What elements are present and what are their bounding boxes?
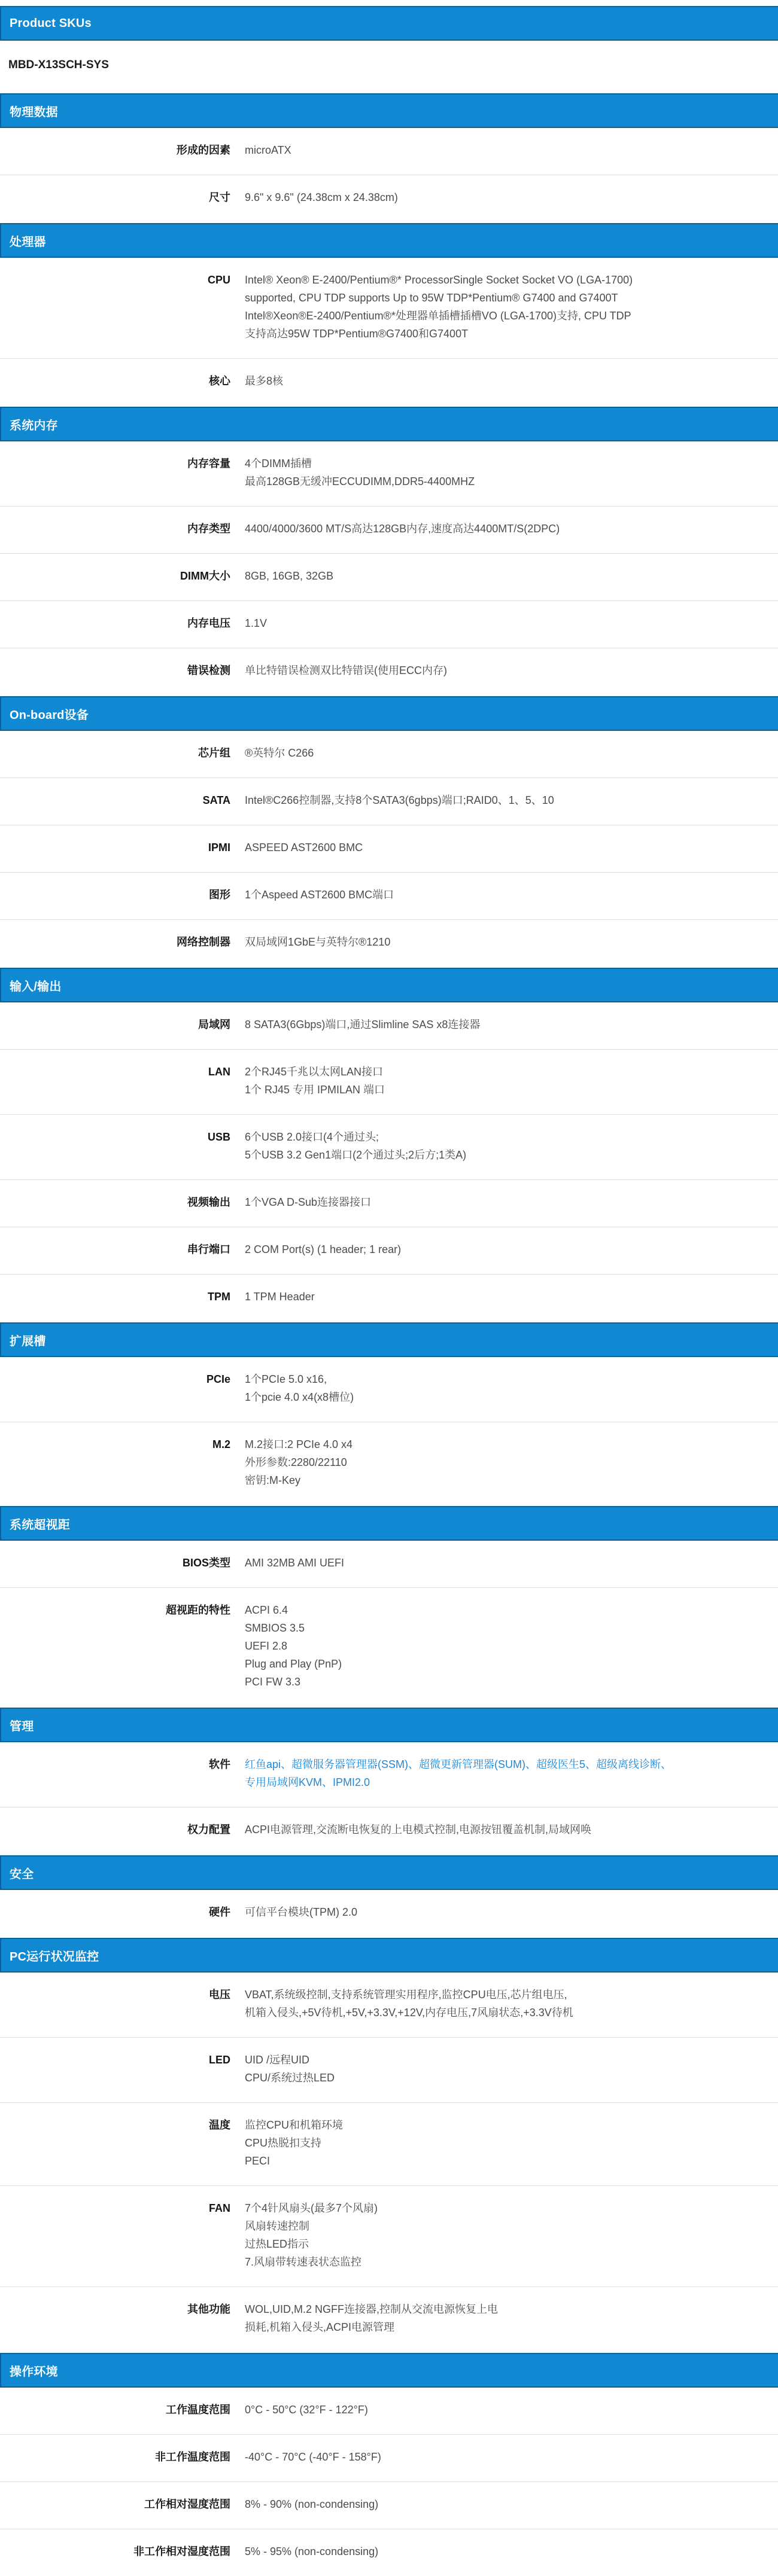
row-value: UID /远程UID CPU/系统过热LED [230, 2051, 778, 2087]
spec-row: 网络控制器双局域网1GbE与英特尔®1210 [0, 919, 778, 967]
row-label: 非工作温度范围 [0, 2448, 230, 2466]
row-value: 1个Aspeed AST2600 BMC端口 [230, 886, 778, 904]
row-label: 错误检测 [0, 661, 230, 679]
row-value: 6个USB 2.0接口(4个通过头; 5个USB 3.2 Gen1端口(2个通过… [230, 1128, 778, 1164]
section-header-pc-health-monitoring: PC运行状况监控 [0, 1938, 778, 1973]
row-value: 4个DIMM插槽 最高128GB无缓冲ECCUDIMM,DDR5-4400MHZ [230, 455, 778, 490]
row-value: 8% - 90% (non-condensing) [230, 2495, 778, 2513]
section-title: 管理 [1, 1717, 34, 1734]
spec-row: 超视距的特性ACPI 6.4 SMBIOS 3.5 UEFI 2.8 Plug … [0, 1587, 778, 1706]
section-title: 安全 [1, 1864, 34, 1882]
section-header-system-memory: 系统内存 [0, 407, 778, 441]
spec-row: USB6个USB 2.0接口(4个通过头; 5个USB 3.2 Gen1端口(2… [0, 1114, 778, 1179]
row-value: VBAT,系统级控制,支持系统管理实用程序,监控CPU电压,芯片组电压, 机箱入… [230, 1986, 778, 2022]
spec-row: FAN7个4针风扇头(最多7个风扇) 风扇转速控制 过热LED指示 7.风扇带转… [0, 2185, 778, 2287]
row-value: 5% - 95% (non-condensing) [230, 2543, 778, 2560]
row-value: 单比特错误检测双比特错误(使用ECC内存) [230, 661, 778, 679]
section-header-expansion-slots: 扩展槽 [0, 1322, 778, 1357]
spec-row: 工作相对湿度范围8% - 90% (non-condensing) [0, 2482, 778, 2529]
section-title: 系统超视距 [1, 1515, 70, 1532]
row-value: ACPI电源管理,交流断电恢复的上电模式控制,电源按钮覆盖机制,局域网唤 [230, 1821, 778, 1839]
row-label: SATA [0, 791, 230, 809]
spec-row: 非工作温度范围-40°C - 70°C (-40°F - 158°F) [0, 2434, 778, 2482]
row-value: M.2接口:2 PCIe 4.0 x4 外形参数:2280/22110 密钥:M… [230, 1435, 778, 1489]
row-value-links[interactable]: 红鱼api、超微服务器管理器(SSM)、超微更新管理器(SUM)、超级医生5、超… [230, 1755, 778, 1791]
spec-row: LAN2个RJ45千兆以太网LAN接口 1个 RJ45 专用 IPMILAN 端… [0, 1049, 778, 1114]
spec-row: 串行端口2 COM Port(s) (1 header; 1 rear) [0, 1227, 778, 1274]
row-value: -40°C - 70°C (-40°F - 158°F) [230, 2448, 778, 2466]
spec-row: 软件红鱼api、超微服务器管理器(SSM)、超微更新管理器(SUM)、超级医生5… [0, 1742, 778, 1807]
section-header-system-bios: 系统超视距 [0, 1506, 778, 1541]
spec-row: 形成的因素microATX [0, 128, 778, 175]
row-value: Intel® Xeon® E-2400/Pentium®* ProcessorS… [230, 271, 778, 343]
section-title: 扩展槽 [1, 1331, 46, 1349]
row-value: microATX [230, 141, 778, 159]
row-value: 4400/4000/3600 MT/S高达128GB内存,速度高达4400MT/… [230, 520, 778, 538]
row-label: 尺寸 [0, 188, 230, 206]
row-label: DIMM大小 [0, 567, 230, 585]
section-title: On-board设备 [1, 705, 89, 723]
section-header-product-skus: Product SKUs [0, 6, 778, 41]
row-label: 串行端口 [0, 1240, 230, 1258]
row-label: M.2 [0, 1435, 230, 1453]
row-label: LED [0, 2051, 230, 2069]
row-label: 软件 [0, 1755, 230, 1773]
spec-row: CPUIntel® Xeon® E-2400/Pentium®* Process… [0, 258, 778, 358]
spec-row: M.2M.2接口:2 PCIe 4.0 x4 外形参数:2280/22110 密… [0, 1422, 778, 1505]
spec-row: DIMM大小8GB, 16GB, 32GB [0, 553, 778, 600]
section-title: 物理数据 [1, 102, 58, 120]
spec-row: SATAIntel®C266控制器,支持8个SATA3(6gbps)端口;RAI… [0, 778, 778, 825]
spec-row: 其他功能WOL,UID,M.2 NGFF连接器,控制从交流电源恢复上电 损耗,机… [0, 2287, 778, 2352]
row-label: 形成的因素 [0, 141, 230, 159]
row-value: 1 TPM Header [230, 1288, 778, 1306]
row-label: LAN [0, 1063, 230, 1081]
spec-row: IPMIASPEED AST2600 BMC [0, 825, 778, 872]
spec-row: 尺寸9.6" x 9.6" (24.38cm x 24.38cm) [0, 175, 778, 222]
section-title: Product SKUs [1, 17, 92, 31]
row-value: 监控CPU和机箱环境 CPU热脱扣支持 PECI [230, 2116, 778, 2170]
section-header-operating-environment: 操作环境 [0, 2353, 778, 2388]
row-value: 8 SATA3(6Gbps)端口,通过Slimline SAS x8连接器 [230, 1016, 778, 1034]
row-label: 工作温度范围 [0, 2401, 230, 2419]
section-header-physical-data: 物理数据 [0, 93, 778, 128]
row-value: 1个PCIe 5.0 x16, 1个pcie 4.0 x4(x8槽位) [230, 1370, 778, 1406]
section-header-security: 安全 [0, 1855, 778, 1890]
row-value: 1个VGA D-Sub连接器接口 [230, 1193, 778, 1211]
row-label: 硬件 [0, 1903, 230, 1921]
row-label: 非工作相对湿度范围 [0, 2543, 230, 2560]
spec-row: 芯片组®英特尔 C266 [0, 731, 778, 778]
row-value: ACPI 6.4 SMBIOS 3.5 UEFI 2.8 Plug and Pl… [230, 1601, 778, 1691]
row-label: 温度 [0, 2116, 230, 2134]
spec-row: 权力配置ACPI电源管理,交流断电恢复的上电模式控制,电源按钮覆盖机制,局域网唤 [0, 1807, 778, 1854]
row-label: 局域网 [0, 1016, 230, 1034]
row-value: 1.1V [230, 614, 778, 632]
section-title: 操作环境 [1, 2362, 58, 2379]
row-label: 权力配置 [0, 1821, 230, 1839]
row-label: 超视距的特性 [0, 1601, 230, 1619]
spec-row: 硬件可信平台模块(TPM) 2.0 [0, 1890, 778, 1937]
spec-row: 核心最多8核 [0, 358, 778, 406]
row-value: WOL,UID,M.2 NGFF连接器,控制从交流电源恢复上电 损耗,机箱入侵头… [230, 2300, 778, 2336]
row-value: 8GB, 16GB, 32GB [230, 567, 778, 585]
spec-sheet: Product SKUsMBD-X13SCH-SYS物理数据形成的因素micro… [0, 0, 778, 2576]
row-label: 内存容量 [0, 455, 230, 472]
row-value: 双局域网1GbE与英特尔®1210 [230, 933, 778, 951]
spec-row: 视频输出1个VGA D-Sub连接器接口 [0, 1179, 778, 1227]
row-value: ®英特尔 C266 [230, 744, 778, 762]
row-label: USB [0, 1128, 230, 1146]
row-value: 9.6" x 9.6" (24.38cm x 24.38cm) [230, 188, 778, 206]
spec-row: 错误检测单比特错误检测双比特错误(使用ECC内存) [0, 648, 778, 695]
row-label: 内存类型 [0, 520, 230, 538]
product-sku: MBD-X13SCH-SYS [0, 41, 778, 92]
spec-row: 工作温度范围0°C - 50°C (32°F - 122°F) [0, 2388, 778, 2434]
row-label: FAN [0, 2199, 230, 2217]
spec-row: 图形1个Aspeed AST2600 BMC端口 [0, 872, 778, 919]
row-value: 0°C - 50°C (32°F - 122°F) [230, 2401, 778, 2419]
section-header-onboard-devices: On-board设备 [0, 696, 778, 731]
section-header-management: 管理 [0, 1708, 778, 1742]
row-label: 视频输出 [0, 1193, 230, 1211]
spec-row: TPM1 TPM Header [0, 1274, 778, 1321]
spec-row: PCIe1个PCIe 5.0 x16, 1个pcie 4.0 x4(x8槽位) [0, 1357, 778, 1422]
section-title: PC运行状况监控 [1, 1947, 99, 1964]
row-label: 工作相对湿度范围 [0, 2495, 230, 2513]
section-header-processor: 处理器 [0, 223, 778, 258]
row-value: Intel®C266控制器,支持8个SATA3(6gbps)端口;RAID0、1… [230, 791, 778, 809]
row-label: 网络控制器 [0, 933, 230, 951]
row-value: 2个RJ45千兆以太网LAN接口 1个 RJ45 专用 IPMILAN 端口 [230, 1063, 778, 1099]
row-value: 可信平台模块(TPM) 2.0 [230, 1903, 778, 1921]
row-value: AMI 32MB AMI UEFI [230, 1554, 778, 1572]
spec-row: 电压VBAT,系统级控制,支持系统管理实用程序,监控CPU电压,芯片组电压, 机… [0, 1973, 778, 2037]
row-label: 电压 [0, 1986, 230, 2004]
row-value: 2 COM Port(s) (1 header; 1 rear) [230, 1240, 778, 1258]
section-title: 输入/输出 [1, 977, 62, 994]
row-value: MBD-X13SCH-SYS [0, 56, 778, 74]
row-label: TPM [0, 1288, 230, 1306]
row-label: BIOS类型 [0, 1554, 230, 1572]
row-value: 7个4针风扇头(最多7个风扇) 风扇转速控制 过热LED指示 7.风扇带转速表状… [230, 2199, 778, 2271]
spec-row: LEDUID /远程UID CPU/系统过热LED [0, 2037, 778, 2102]
section-title: 处理器 [1, 232, 46, 249]
section-header-input-output: 输入/输出 [0, 968, 778, 1002]
row-value: 最多8核 [230, 372, 778, 390]
spec-row: 内存电压1.1V [0, 600, 778, 648]
spec-row: 局域网8 SATA3(6Gbps)端口,通过Slimline SAS x8连接器 [0, 1002, 778, 1049]
row-label: PCIe [0, 1370, 230, 1388]
spec-row: 内存容量4个DIMM插槽 最高128GB无缓冲ECCUDIMM,DDR5-440… [0, 441, 778, 506]
row-label: IPMI [0, 839, 230, 856]
spec-row: BIOS类型AMI 32MB AMI UEFI [0, 1541, 778, 1587]
spec-row: 内存类型4400/4000/3600 MT/S高达128GB内存,速度高达440… [0, 506, 778, 553]
row-label: CPU [0, 271, 230, 289]
row-label: 核心 [0, 372, 230, 390]
section-title: 系统内存 [1, 416, 58, 433]
row-value: ASPEED AST2600 BMC [230, 839, 778, 856]
row-label: 内存电压 [0, 614, 230, 632]
row-label: 芯片组 [0, 744, 230, 762]
spec-row: 非工作相对湿度范围5% - 95% (non-condensing) [0, 2529, 778, 2576]
spec-row: 温度监控CPU和机箱环境 CPU热脱扣支持 PECI [0, 2102, 778, 2185]
row-label: 其他功能 [0, 2300, 230, 2318]
row-label: 图形 [0, 886, 230, 904]
